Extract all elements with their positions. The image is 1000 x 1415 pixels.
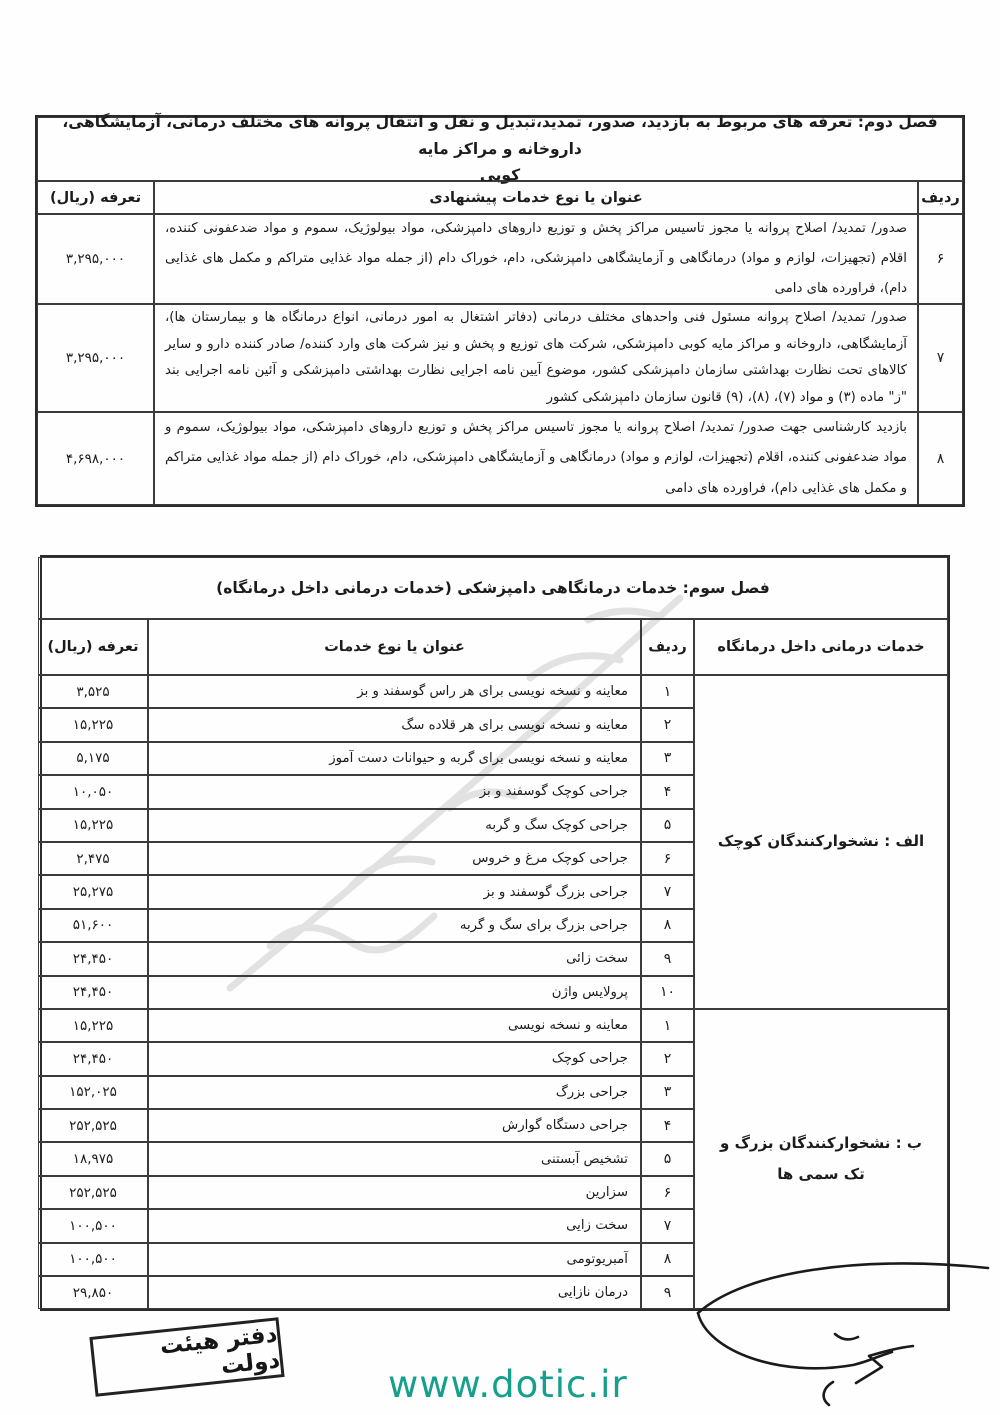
service-title: جراحی کوچک سگ و گربه [148,809,641,842]
service-title: تشخیص آبستنی [148,1142,641,1175]
row-number: ۷ [918,304,963,412]
group-label-small-ruminants: الف : نشخوارکنندگان کوچک [694,675,948,1009]
tariff-value: ۲۴,۴۵۰ [38,1042,148,1075]
service-description-text: صدور/ تمدید/ اصلاح پروانه یا مجوز تاسیس … [165,214,907,304]
service-title: معاینه و نسخه نویسی برای گربه و حیوانات … [148,742,641,775]
tariff-value: ۱۵,۲۲۵ [38,809,148,842]
tariff-value: ۲۴,۴۵۰ [38,976,148,1009]
service-description: صدور/ تمدید/ اصلاح پروانه یا مجوز تاسیس … [154,214,918,304]
row-number: ۴ [641,1109,694,1142]
col-header-tariff: تعرفه (ریال) [38,619,148,675]
row-number: ۲ [641,708,694,741]
tariff-value: ۲۵۲,۵۲۵ [38,1176,148,1209]
service-title: معاینه و نسخه نویسی برای هر قلاده سگ [148,708,641,741]
service-title: سخت زایی [148,1209,641,1242]
col-header-tariff: تعرفه (ریال) [37,181,154,214]
service-title: جراحی بزرگ برای سگ و گربه [148,909,641,942]
chapter2-tariff-table: فصل دوم: تعرفه های مربوط به بازدید، صدور… [35,115,965,507]
chapter3-title: فصل سوم: خدمات درمانگاهی دامپزشکی (خدمات… [38,557,948,619]
service-title: معاینه و نسخه نویسی برای هر راس گوسفند و… [148,675,641,708]
col-header-service-title: عنوان یا نوع خدمات [148,619,641,675]
row-number: ۳ [641,742,694,775]
row-number: ۶ [641,1176,694,1209]
row-number: ۴ [641,775,694,808]
tariff-value: ۱۸,۹۷۵ [38,1142,148,1175]
tariff-value: ۱۵۲,۰۲۵ [38,1076,148,1109]
service-description-text: صدور/ تمدید/ اصلاح پروانه مسئول فنی واحد… [165,305,907,411]
website-url-watermark: www.dotic.ir [388,1363,628,1406]
row-number: ۳ [641,1076,694,1109]
row-number: ۶ [641,842,694,875]
tariff-value: ۴,۶۹۸,۰۰۰ [37,412,154,505]
service-title: پرولایس واژن [148,976,641,1009]
row-number: ۷ [641,875,694,908]
scanned-document-page: فصل دوم: تعرفه های مربوط به بازدید، صدور… [0,0,1000,1415]
stamp-text: دفتر هیئت دولت [93,1322,281,1393]
tariff-value: ۳,۲۹۵,۰۰۰ [37,304,154,412]
service-title: معاینه و نسخه نویسی [148,1009,641,1042]
tariff-value: ۱۰۰,۵۰۰ [38,1209,148,1242]
tariff-value: ۱۵,۲۲۵ [38,708,148,741]
row-number: ۱ [641,675,694,708]
tariff-value: ۵,۱۷۵ [38,742,148,775]
tariff-value: ۱۰,۰۵۰ [38,775,148,808]
service-title: درمان نازایی [148,1276,641,1309]
row-number: ۵ [641,809,694,842]
tariff-value: ۲۹,۸۵۰ [38,1276,148,1309]
chapter2-title: فصل دوم: تعرفه های مربوط به بازدید، صدور… [37,117,963,181]
service-description: صدور/ تمدید/ اصلاح پروانه مسئول فنی واحد… [154,304,918,412]
row-number: ۲ [641,1042,694,1075]
row-number: ۱۰ [641,976,694,1009]
tariff-value: ۲۴,۴۵۰ [38,942,148,975]
row-number: ۸ [641,909,694,942]
service-title: جراحی دستگاه گوارش [148,1109,641,1142]
col-header-group: خدمات درمانی داخل درمانگاه [694,619,948,675]
row-number: ۱ [641,1009,694,1042]
col-header-service-title: عنوان یا نوع خدمات پیشنهادی [154,181,918,214]
tariff-value: ۲,۴۷۵ [38,842,148,875]
government-office-stamp: دفتر هیئت دولت [89,1317,284,1397]
row-number: ۶ [918,214,963,304]
service-title: سزارین [148,1176,641,1209]
row-number: ۹ [641,942,694,975]
service-title: جراحی بزرگ [148,1076,641,1109]
col-header-radif: ردیف [641,619,694,675]
handwritten-signature [685,1255,995,1415]
service-title: سخت زائی [148,942,641,975]
tariff-value: ۳,۵۲۵ [38,675,148,708]
tariff-value: ۵۱,۶۰۰ [38,909,148,942]
tariff-value: ۳,۲۹۵,۰۰۰ [37,214,154,304]
col-header-radif: ردیف [918,181,963,214]
tariff-value: ۱۰۰,۵۰۰ [38,1243,148,1276]
service-title: جراحی کوچک [148,1042,641,1075]
row-number: ۵ [641,1142,694,1175]
service-title: جراحی بزرگ گوسفند و بز [148,875,641,908]
row-number: ۷ [641,1209,694,1242]
service-title: جراحی کوچک گوسفند و بز [148,775,641,808]
tariff-value: ۱۵,۲۲۵ [38,1009,148,1042]
chapter3-clinic-services-table: فصل سوم: خدمات درمانگاهی دامپزشکی (خدمات… [40,555,950,1311]
service-description: بازدید کارشناسی جهت صدور/ تمدید/ اصلاح پ… [154,412,918,505]
tariff-value: ۲۵,۲۷۵ [38,875,148,908]
tariff-value: ۲۵۲,۵۲۵ [38,1109,148,1142]
row-number: ۸ [918,412,963,505]
service-title: آمبریوتومی [148,1243,641,1276]
chapter2-title-line1: فصل دوم: تعرفه های مربوط به بازدید، صدور… [38,109,962,162]
service-title: جراحی کوچک مرغ و خروس [148,842,641,875]
service-description-text: بازدید کارشناسی جهت صدور/ تمدید/ اصلاح پ… [165,413,907,505]
